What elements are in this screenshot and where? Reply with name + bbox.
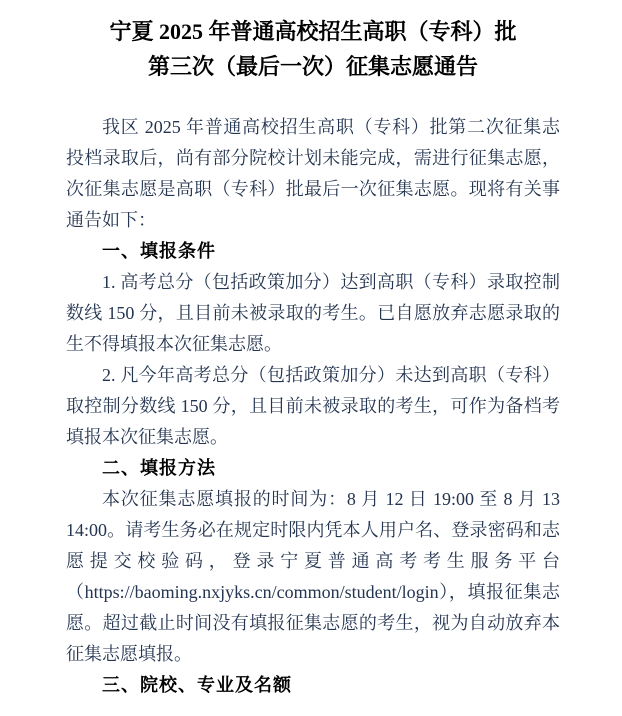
section-1-item-1: 1. 高考总分（包括政策加分）达到高职（专科）录取控制分 数线 150 分，且目… (66, 267, 560, 360)
paragraph-line: 愿。超过截止时间没有填报征集志愿的考生，视为自动放弃本次 (66, 608, 560, 639)
paragraph-line: 14:00。请考生务必在规定时限内凭本人用户名、登录密码和志 (66, 515, 560, 546)
intro-paragraph: 我区 2025 年普通高校招生高职（专科）批第二次征集志愿 投档录取后，尚有部分… (66, 112, 560, 236)
paragraph-line: 取控制分数线 150 分，且目前未被录取的考生，可作为备档考生 (66, 391, 560, 422)
service-platform-url-line: （https://baoming.nxjyks.cn/common/studen… (66, 577, 560, 608)
section-1-heading: 一、填报条件 (66, 236, 560, 267)
intro-line-4: 通告如下： (66, 205, 560, 236)
announcement-document: 宁夏 2025 年普通高校招生高职（专科）批 第三次（最后一次）征集志愿通告 我… (0, 0, 622, 716)
paragraph-line: 愿提交校验码，登录宁夏普通高考考生服务平台 (66, 546, 560, 577)
paragraph-line: 生不得填报本次征集志愿。 (66, 329, 560, 360)
intro-line-1: 我区 2025 年普通高校招生高职（专科）批第二次征集志愿 (66, 112, 560, 143)
paragraph-line: 2. 凡今年高考总分（包括政策加分）未达到高职（专科）录 (66, 360, 560, 391)
document-title-line-2: 第三次（最后一次）征集志愿通告 (66, 49, 560, 84)
paragraph-line: 本次征集志愿填报的时间为：8 月 12 日 19:00 至 8 月 13 日 (66, 484, 560, 515)
intro-line-3: 次征集志愿是高职（专科）批最后一次征集志愿。现将有关事宜 (66, 174, 560, 205)
document-title-line-1: 宁夏 2025 年普通高校招生高职（专科）批 (66, 14, 560, 49)
section-2-paragraph: 本次征集志愿填报的时间为：8 月 12 日 19:00 至 8 月 13 日 1… (66, 484, 560, 670)
paragraph-line: 数线 150 分，且目前未被录取的考生。已自愿放弃志愿录取的考 (66, 298, 560, 329)
paragraph-line: 征集志愿填报。 (66, 639, 560, 670)
section-3-heading: 三、院校、专业及名额 (66, 670, 560, 701)
section-1-item-2: 2. 凡今年高考总分（包括政策加分）未达到高职（专科）录 取控制分数线 150 … (66, 360, 560, 453)
document-title: 宁夏 2025 年普通高校招生高职（专科）批 第三次（最后一次）征集志愿通告 (66, 14, 560, 84)
intro-line-2: 投档录取后，尚有部分院校计划未能完成，需进行征集志愿，本 (66, 143, 560, 174)
paragraph-line: 填报本次征集志愿。 (66, 422, 560, 453)
section-2-heading: 二、填报方法 (66, 453, 560, 484)
paragraph-line: 1. 高考总分（包括政策加分）达到高职（专科）录取控制分 (66, 267, 560, 298)
